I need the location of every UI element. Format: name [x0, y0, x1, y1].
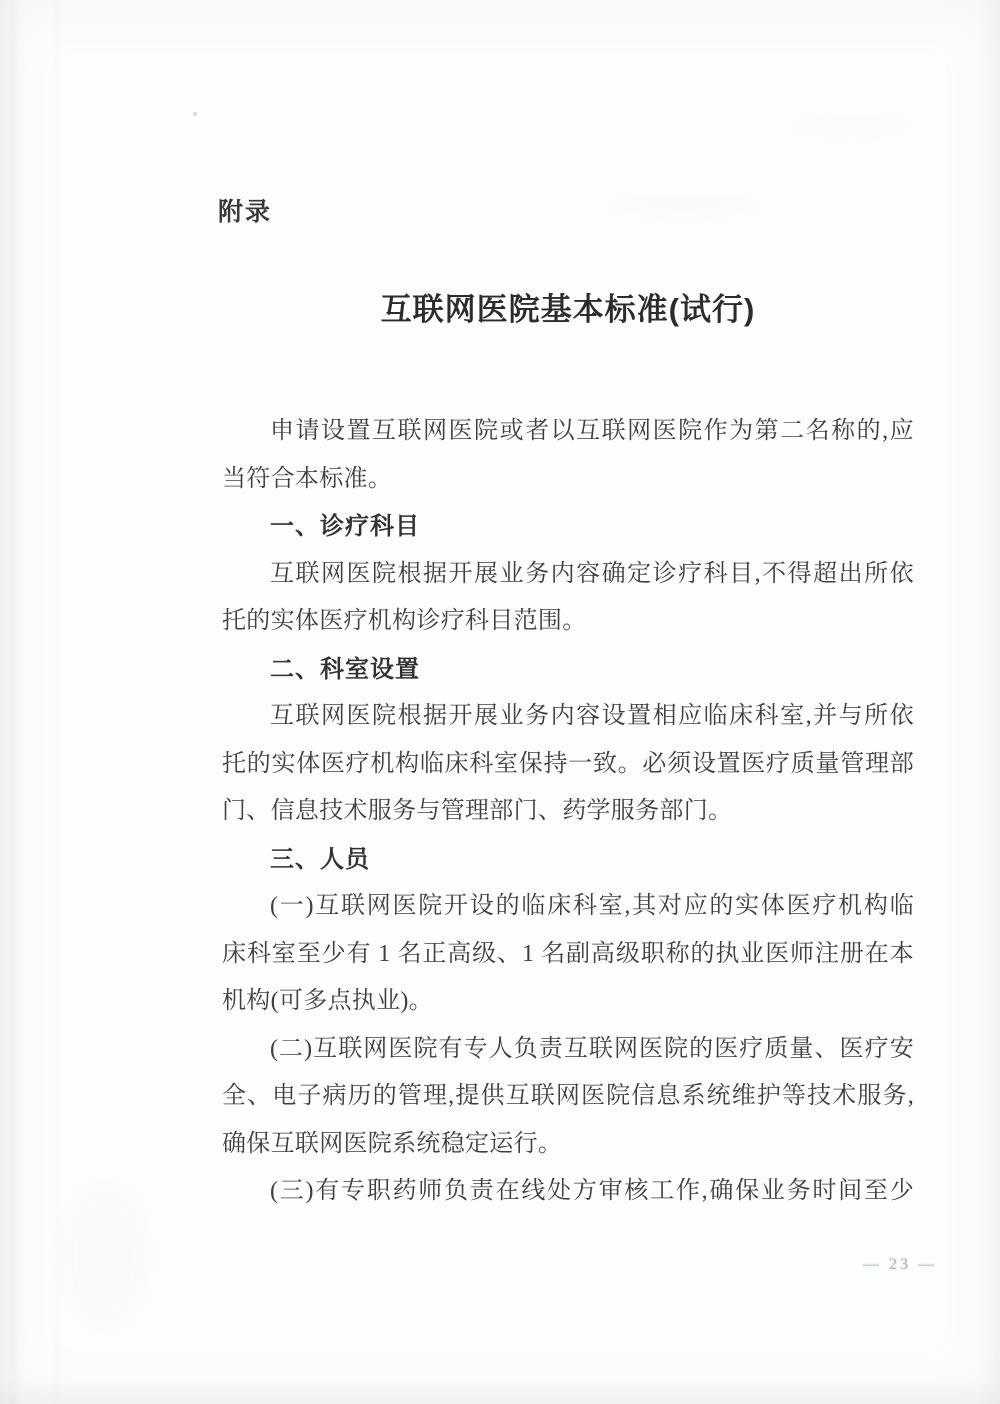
paragraph-line: 互联网医院根据开展业务内容设置相应临床科室,并与所依 — [222, 693, 914, 741]
scan-edge-streaks — [0, 0, 70, 1404]
paragraph-line: 全、电子病历的管理,提供互联网医院信息系统维护等技术服务, — [222, 1073, 914, 1121]
scan-speck — [193, 112, 197, 116]
scanned-document-page: 附录 互联网医院基本标准(试行) 申请设置互联网医院或者以互联网医院作为第二名称… — [0, 0, 1000, 1404]
paragraph-line: 床科室至少有 1 名正高级、1 名副高级职称的执业医师注册在本 — [222, 931, 914, 979]
scan-bleedthrough-smudge — [60, 1180, 150, 1330]
paragraph-line: 当符合本标准。 — [222, 456, 914, 504]
paragraph-line: 互联网医院根据开展业务内容确定诊疗科目,不得超出所依 — [222, 551, 914, 599]
scan-bleedthrough-smudge — [610, 198, 760, 212]
paragraph-line: 门、信息技术服务与管理部门、药学服务部门。 — [222, 788, 914, 836]
document-body: 申请设置互联网医院或者以互联网医院作为第二名称的,应 当符合本标准。 一、诊疗科… — [222, 408, 914, 1216]
page-number: — 23 — — [845, 1256, 955, 1274]
paragraph-line: (一)互联网医院开设的临床科室,其对应的实体医疗机构临 — [222, 883, 914, 931]
section-heading-1: 一、诊疗科目 — [222, 503, 914, 551]
section-heading-2: 二、科室设置 — [222, 646, 914, 694]
paragraph-line: (三)有专职药师负责在线处方审核工作,确保业务时间至少 — [222, 1168, 914, 1216]
paragraph-line: (二)互联网医院有专人负责互联网医院的医疗质量、医疗安 — [222, 1026, 914, 1074]
document-title: 互联网医院基本标准(试行) — [222, 284, 914, 329]
paragraph-line: 机构(可多点执业)。 — [222, 978, 914, 1026]
paragraph-line: 托的实体医疗机构诊疗科目范围。 — [222, 598, 914, 646]
scan-edge-right — [976, 0, 1000, 1404]
appendix-label: 附录 — [218, 192, 272, 228]
paragraph-line: 确保互联网医院系统稳定运行。 — [222, 1121, 914, 1169]
scan-edge-bottom — [0, 1378, 1000, 1404]
paragraph-line: 托的实体医疗机构临床科室保持一致。必须设置医疗质量管理部 — [222, 741, 914, 789]
section-heading-3: 三、人员 — [222, 836, 914, 884]
paragraph-line: 申请设置互联网医院或者以互联网医院作为第二名称的,应 — [222, 408, 914, 456]
scan-bleedthrough-smudge — [790, 120, 910, 132]
